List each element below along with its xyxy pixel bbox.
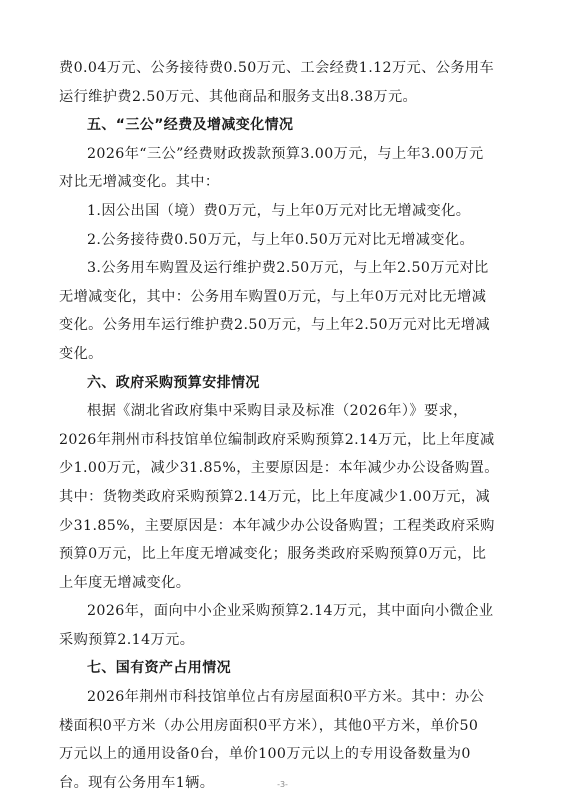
text-line: 2026年荆州市科技馆单位占有房屋面积0平方米。其中：办公 [59, 683, 465, 712]
text-line: 变化。公务用车运行维护费2.50万元，与上年2.50万元对比无增减 [59, 311, 465, 340]
text-line: 2026年荆州市科技馆单位编制政府采购预算2.14万元，比上年度减 [59, 426, 465, 455]
text-line: 上年度无增减变化。 [59, 569, 465, 598]
text-line: 万元以上的通用设备0台，单价100万元以上的专用设备数量为0 [59, 740, 465, 769]
document-page: 费0.04万元、公务接待费0.50万元、工会经费1.12万元、公务用车 运行维护… [59, 54, 465, 797]
text-line: 变化。 [59, 340, 465, 369]
list-item-3: 3.公务用车购置及运行维护费2.50万元，与上年2.50万元对比 [59, 254, 465, 283]
text-line: 少31.85%，主要原因是：本年减少办公设备购置；工程类政府采购 [59, 512, 465, 541]
text-line: 对比无增减变化。其中： [59, 168, 465, 197]
text-line: 2026年，面向中小企业采购预算2.14万元，其中面向小微企业 [59, 597, 465, 626]
text-line: 楼面积0平方米（办公用房面积0平方米），其他0平方米，单价50 [59, 712, 465, 741]
text-line: 根据《湖北省政府集中采购目录及标准（2026年）》要求， [59, 397, 465, 426]
text-line: 少1.00万元，减少31.85%，主要原因是：本年减少办公设备购置。 [59, 454, 465, 483]
section-heading-7: 七、国有资产占用情况 [59, 654, 465, 683]
text-line: 预算0万元，比上年度无增减变化；服务类政府采购预算0万元，比 [59, 540, 465, 569]
text-line: 2026年“三公”经费财政拨款预算3.00万元，与上年3.00万元 [59, 140, 465, 169]
text-line: 费0.04万元、公务接待费0.50万元、工会经费1.12万元、公务用车 [59, 54, 465, 83]
text-line: 其中：货物类政府采购预算2.14万元，比上年度减少1.00万元，减 [59, 483, 465, 512]
text-line: 运行维护费2.50万元、其他商品和服务支出8.38万元。 [59, 83, 465, 112]
section-heading-5: 五、“三公”经费及增减变化情况 [59, 111, 465, 140]
list-item-2: 2.公务接待费0.50万元，与上年0.50万元对比无增减变化。 [59, 226, 465, 255]
page-number: -3- [0, 780, 565, 789]
section-heading-6: 六、政府采购预算安排情况 [59, 369, 465, 398]
text-line: 采购预算2.14万元。 [59, 626, 465, 655]
list-item-1: 1.因公出国（境）费0万元，与上年0万元对比无增减变化。 [59, 197, 465, 226]
text-line: 无增减变化，其中：公务用车购置0万元，与上年0万元对比无增减 [59, 283, 465, 312]
